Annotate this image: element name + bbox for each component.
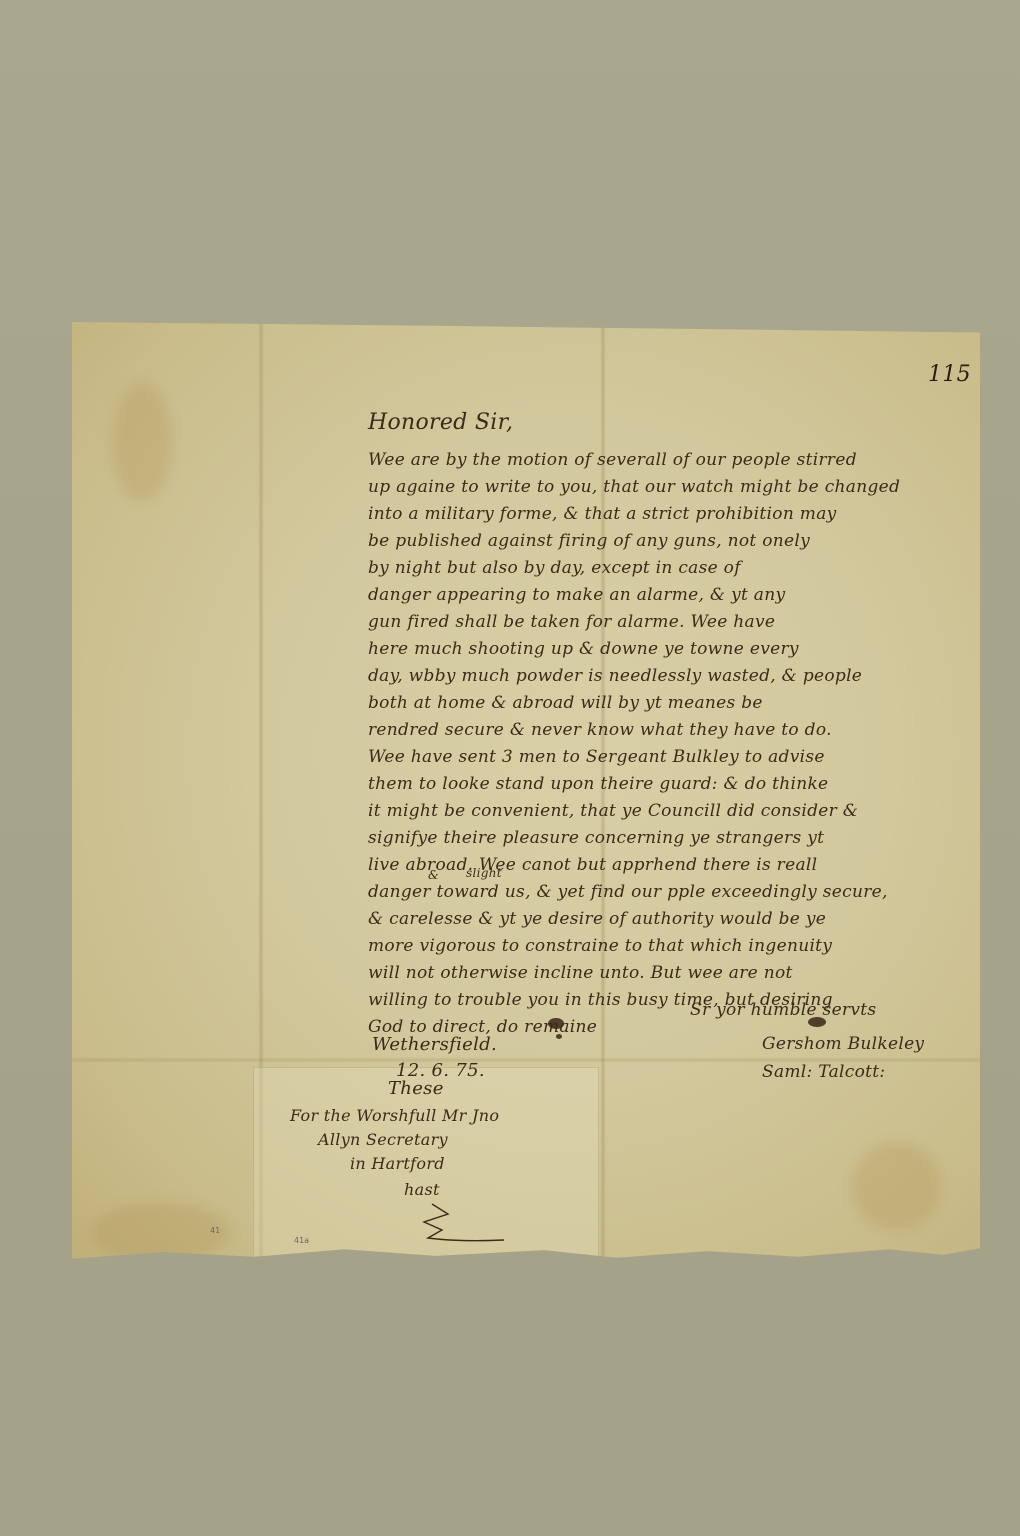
interlinear-insertion: slight (466, 866, 502, 880)
address-line: For the Worshfull Mr Jno (290, 1106, 499, 1125)
body-line: by night but also by day, except in case… (368, 558, 741, 578)
ink-blot (808, 1017, 826, 1027)
address-line: Allyn Secretary (318, 1130, 448, 1149)
body-line: & carelesse & yt ye desire of authority … (368, 909, 826, 929)
salutation: Honored Sir, (368, 410, 513, 435)
body-line: up againe to write to you, that our watc… (368, 477, 900, 497)
body-line: here much shooting up & downe ye towne e… (368, 639, 799, 659)
body-line: danger toward us, & yet find our pple ex… (368, 882, 888, 902)
body-line: be published against firing of any guns,… (368, 531, 810, 551)
body-line: it might be convenient, that ye Councill… (368, 801, 858, 821)
ink-blot (548, 1018, 564, 1029)
body-line: will not otherwise incline unto. But wee… (368, 963, 793, 983)
place-name: Wethersfield. (372, 1034, 497, 1055)
address-line: in Hartford (350, 1154, 445, 1173)
age-stain (112, 382, 172, 502)
body-line: Wee have sent 3 men to Sergeant Bulkley … (368, 747, 825, 767)
body-line: gun fired shall be taken for alarme. Wee… (368, 612, 775, 632)
body-line: them to looke stand upon theire guard: &… (368, 774, 828, 794)
body-line: signifye theire pleasure concerning ye s… (368, 828, 824, 848)
pencil-mark: 41 (210, 1226, 220, 1235)
body-line: both at home & abroad will by yt meanes … (368, 693, 763, 713)
address-line: hast (404, 1180, 440, 1199)
ink-blot (556, 1034, 562, 1039)
body-line: into a military forme, & that a strict p… (368, 504, 837, 524)
body-line: Wee are by the motion of severall of our… (368, 450, 857, 470)
flourish-mark (418, 1200, 508, 1246)
body-line: day, wbby much powder is needlessly wast… (368, 666, 862, 686)
address-line: These (388, 1078, 444, 1099)
interlinear-insertion: & (428, 868, 439, 882)
signature: Saml: Talcott: (762, 1062, 885, 1082)
body-line: more vigorous to constraine to that whic… (368, 936, 832, 956)
body-line: rendred secure & never know what they ha… (368, 720, 832, 740)
age-stain (852, 1142, 942, 1232)
body-line: danger appearing to make an alarme, & yt… (368, 585, 785, 605)
photo-stage: 115 Honored Sir, Wee are by the motion o… (0, 0, 1020, 1536)
folio-number: 115 (928, 362, 971, 387)
pencil-mark: 41a (294, 1236, 309, 1245)
closing: Sr yor humble servts (690, 1000, 876, 1020)
signature: Gershom Bulkeley (762, 1034, 924, 1054)
